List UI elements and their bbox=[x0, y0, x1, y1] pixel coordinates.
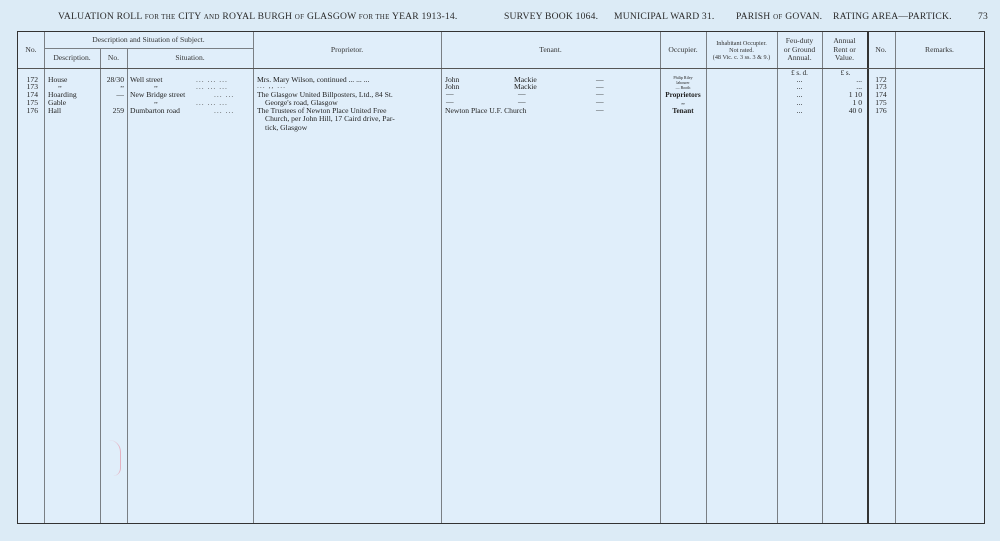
col-header-feu-duty: Feu-duty or Ground Annual. bbox=[777, 33, 822, 67]
col-header-annual-rent: Annual Rent or Value. bbox=[822, 33, 867, 67]
row-description: Hall bbox=[48, 107, 61, 115]
col-header-remarks: Remarks. bbox=[895, 32, 984, 68]
rule-after-no-right bbox=[895, 32, 896, 523]
rule-after-situation bbox=[253, 32, 254, 523]
rating-area: RATING AREA—PARTICK. bbox=[833, 11, 952, 22]
rule-after-desc-no bbox=[127, 48, 128, 523]
col-header-inhabitant: Inhabitant Occupier. Not rated. (48 Vic.… bbox=[706, 34, 777, 66]
col-header-description-group: Description and Situation of Subject. bbox=[44, 32, 253, 48]
row-no-right: 176 bbox=[867, 107, 895, 115]
row-desc-no: — bbox=[100, 91, 124, 99]
rule-after-occupier bbox=[706, 32, 707, 523]
row-desc-no: ,, bbox=[100, 81, 124, 89]
row-tenant-first: Newton Place U.F. Church bbox=[445, 107, 526, 115]
rent-line-3: Value. bbox=[835, 54, 854, 62]
col-header-occupier: Occupier. bbox=[660, 32, 706, 68]
row-situation: ,, bbox=[154, 97, 158, 105]
col-header-tenant: Tenant. bbox=[441, 32, 660, 68]
survey-book: SURVEY BOOK 1064. bbox=[504, 11, 598, 22]
inhabitant-line-2: Not rated. bbox=[729, 47, 754, 54]
row-no: 176 bbox=[18, 107, 38, 115]
rule-after-description bbox=[100, 48, 101, 523]
row-tenant-dash: — bbox=[596, 106, 604, 114]
col-header-no-right: No. bbox=[867, 32, 895, 68]
row-proprietor: The Trustees of Newton Place United Free… bbox=[257, 107, 435, 132]
row-occupier: Tenant bbox=[660, 107, 706, 115]
inhabitant-line-1: Inhabitant Occupier. bbox=[716, 40, 767, 47]
pencil-mark bbox=[106, 440, 121, 476]
feu-line-3: Annual. bbox=[787, 54, 811, 62]
row-occupier: Philip Riley labourer bbox=[660, 76, 706, 85]
parish: PARISH OF GOVAN. bbox=[736, 11, 822, 22]
row-description: ,, bbox=[58, 81, 62, 89]
page-header: VALUATION ROLL FOR THE CITY AND ROYAL BU… bbox=[58, 11, 988, 25]
rule-after-proprietor bbox=[441, 32, 442, 523]
valuation-table: No. Description and Situation of Subject… bbox=[17, 31, 985, 524]
row-situation: Dumbarton road bbox=[130, 107, 180, 115]
rule-after-no bbox=[44, 32, 45, 523]
row-desc-no: 259 bbox=[100, 107, 124, 115]
proprietor-line: tick, Glasgow bbox=[257, 124, 435, 132]
row-situation: ,, bbox=[154, 81, 158, 89]
col-header-situation: Situation. bbox=[127, 48, 253, 68]
col-header-proprietor: Proprietor. bbox=[253, 32, 441, 68]
row-occupier: — Booth bbox=[660, 86, 706, 91]
col-header-no: No. bbox=[18, 32, 44, 68]
row-feu: ... bbox=[777, 107, 822, 115]
row-situation-leader: ... ... bbox=[214, 107, 234, 115]
col-header-description: Description. bbox=[44, 48, 100, 68]
municipal-ward: MUNICIPAL WARD 31. bbox=[614, 11, 715, 22]
occupier-line: — Booth bbox=[660, 86, 706, 91]
page-number: 73 bbox=[978, 11, 988, 22]
col-header-desc-no: No. bbox=[100, 48, 127, 68]
roll-title: VALUATION ROLL FOR THE CITY AND ROYAL BU… bbox=[58, 11, 457, 22]
row-rent: 40 0 bbox=[822, 107, 862, 115]
inhabitant-line-3: (48 Vic. c. 3 ss. 3 & 9.) bbox=[713, 54, 770, 61]
row-occupier: ,, bbox=[660, 98, 706, 106]
